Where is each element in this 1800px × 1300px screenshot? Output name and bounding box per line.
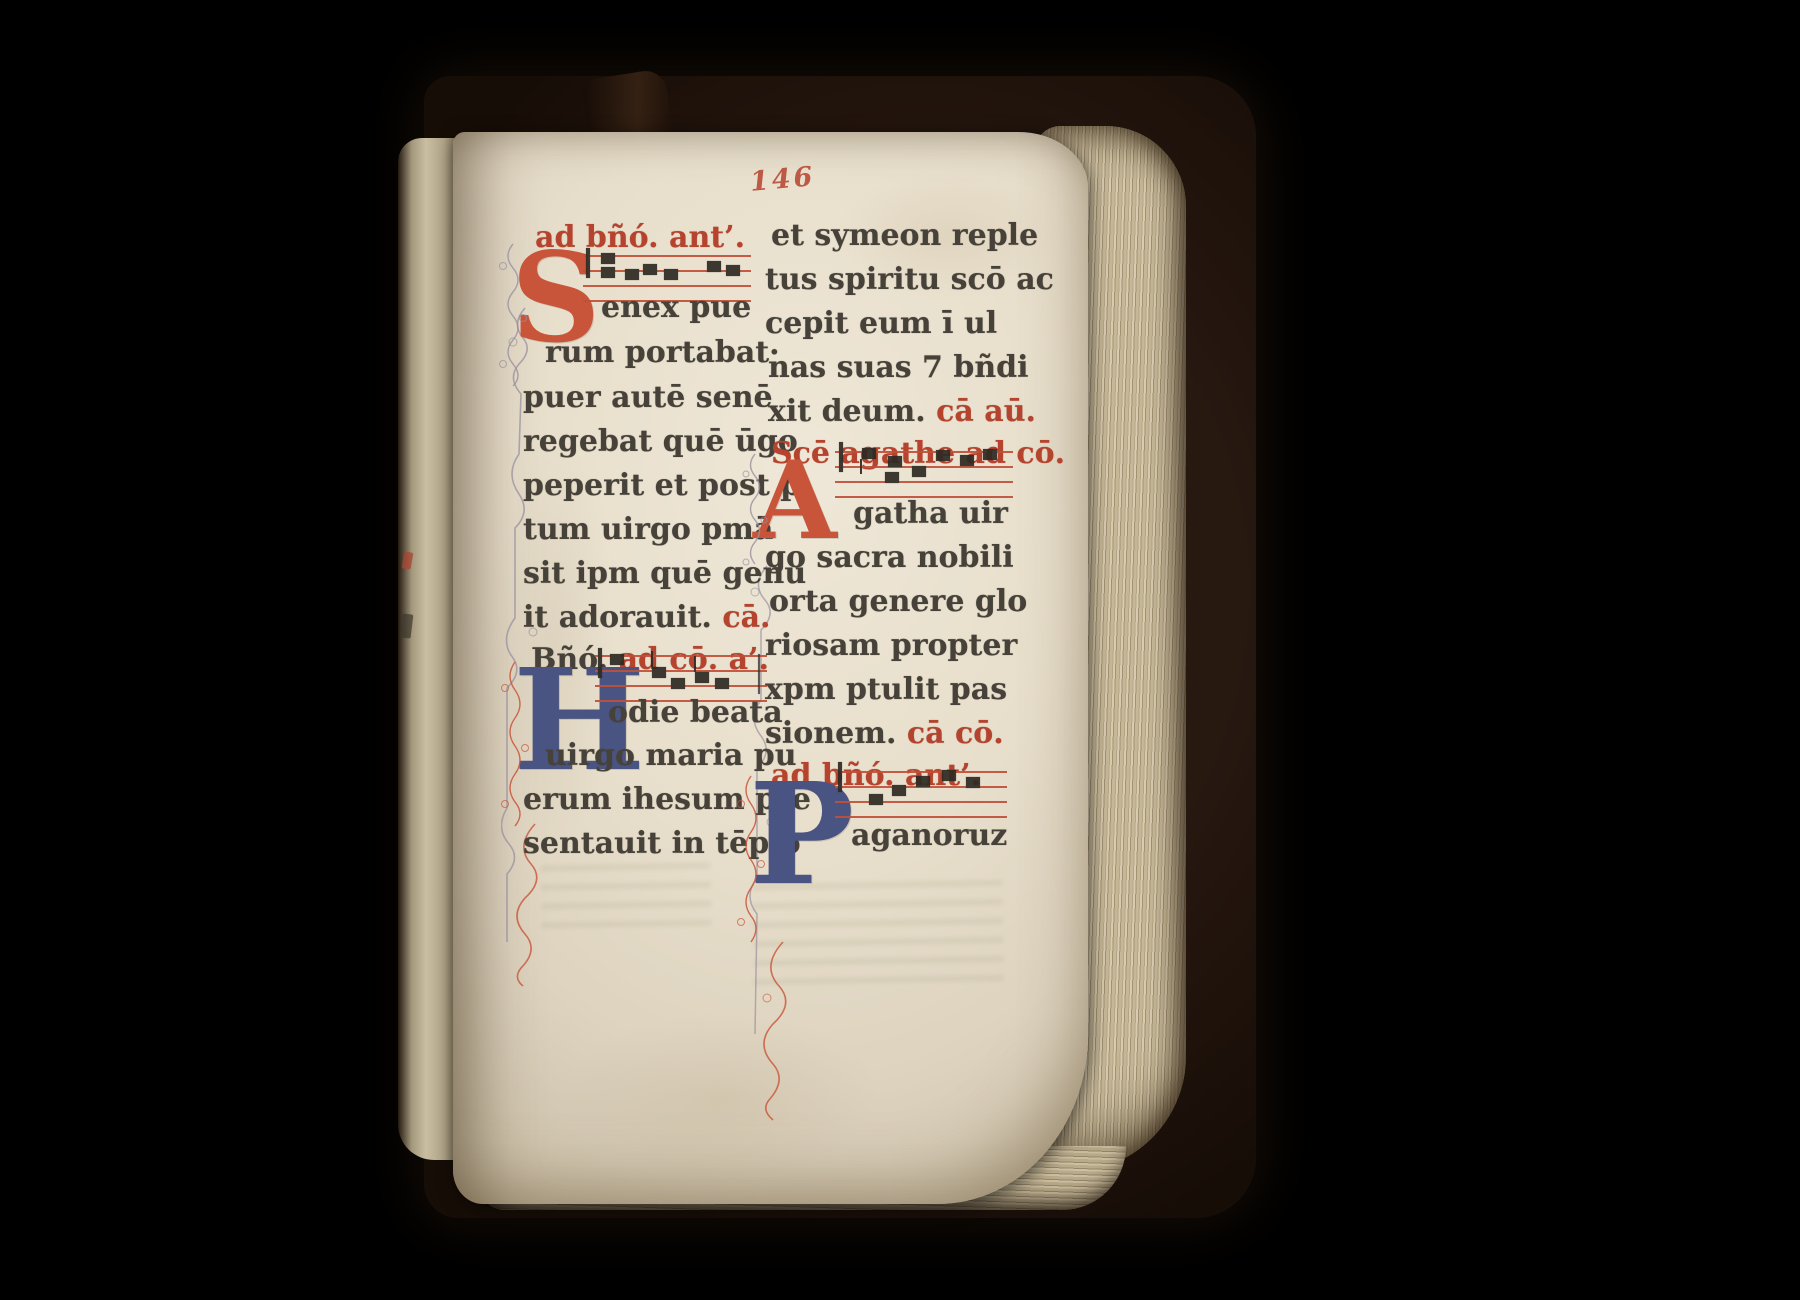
staff-start-bar — [839, 442, 843, 472]
text-line: go sacra nobili — [765, 542, 1014, 574]
text-line: riosam propter — [765, 630, 1017, 662]
music-staff-4 — [835, 768, 1007, 820]
staff-start-bar — [598, 648, 602, 678]
neume-note — [726, 265, 740, 276]
neume-note — [892, 785, 906, 796]
neume-note — [715, 678, 729, 689]
text-line: xpm ptulit pas — [765, 674, 1007, 706]
neume-note — [671, 678, 685, 689]
staff-end-bar — [758, 654, 760, 694]
neume-note — [601, 267, 615, 278]
neume-note — [652, 667, 666, 678]
neume-stem — [651, 651, 654, 667]
pen-flourish-under-p — [751, 938, 811, 1128]
text-line: nas suas 7 bñdi — [768, 352, 1029, 384]
neume-note — [862, 448, 876, 459]
neume-note — [601, 253, 615, 264]
staff-start-bar — [838, 762, 842, 792]
neume-stem — [860, 459, 863, 474]
staff-start-bar — [586, 248, 590, 278]
manuscript-page: 146 ad bñó. ant’. S — [453, 132, 1088, 1204]
neume-note — [983, 449, 997, 460]
text-line: rum portabat· — [545, 337, 780, 369]
neume-note — [916, 776, 930, 787]
text-line: odie beata — [608, 697, 783, 729]
neume-note — [942, 770, 956, 781]
text-red: cā aū. — [936, 394, 1036, 429]
text-line: sionem. cā cō. — [765, 718, 1004, 750]
neume-note — [664, 269, 678, 280]
text-line: gatha uir — [853, 498, 1008, 530]
photograph-of-manuscript: 146 ad bñó. ant’. S — [0, 0, 1800, 1300]
text-line: xit deum. cā aū. — [768, 396, 1036, 428]
text-red: cā. — [722, 600, 770, 635]
text-black: it adorauit. — [523, 600, 712, 635]
neume-note — [966, 777, 980, 788]
parchment-stain — [563, 1012, 883, 1182]
illuminated-initial-A: A — [753, 454, 837, 549]
neume-note — [888, 456, 902, 467]
music-staff-3 — [835, 448, 1013, 500]
neume-note — [936, 450, 950, 461]
neume-note — [912, 466, 926, 477]
text-line: tus spiritu scō ac — [765, 264, 1054, 296]
neume-note — [625, 269, 639, 280]
text-line: puer autē senē — [523, 382, 773, 414]
text-line: aganoruz — [851, 820, 1007, 852]
facing-page-edge — [398, 138, 460, 1160]
neume-note — [960, 455, 974, 466]
show-through-text — [540, 855, 711, 942]
neume-stem — [694, 656, 697, 672]
text-red: cā cō. — [907, 716, 1004, 751]
neume-note — [707, 261, 721, 272]
neume-note — [695, 672, 709, 683]
folio-number: 146 — [749, 163, 816, 196]
text-line: orta genere glo — [769, 586, 1027, 618]
neume-note — [885, 472, 899, 483]
text-line: et symeon reple — [771, 220, 1038, 252]
neume-note — [869, 794, 883, 805]
text-black: xit deum. — [768, 394, 926, 429]
text-line: it adorauit. cā. — [523, 602, 771, 634]
text-line: tum uirgo pmā — [523, 514, 773, 546]
neume-note — [610, 654, 624, 665]
text-black: sionem. — [765, 716, 896, 751]
text-line: cepit eum ī ul — [765, 308, 997, 340]
neume-note — [643, 264, 657, 275]
text-line: enex pue — [601, 292, 751, 324]
